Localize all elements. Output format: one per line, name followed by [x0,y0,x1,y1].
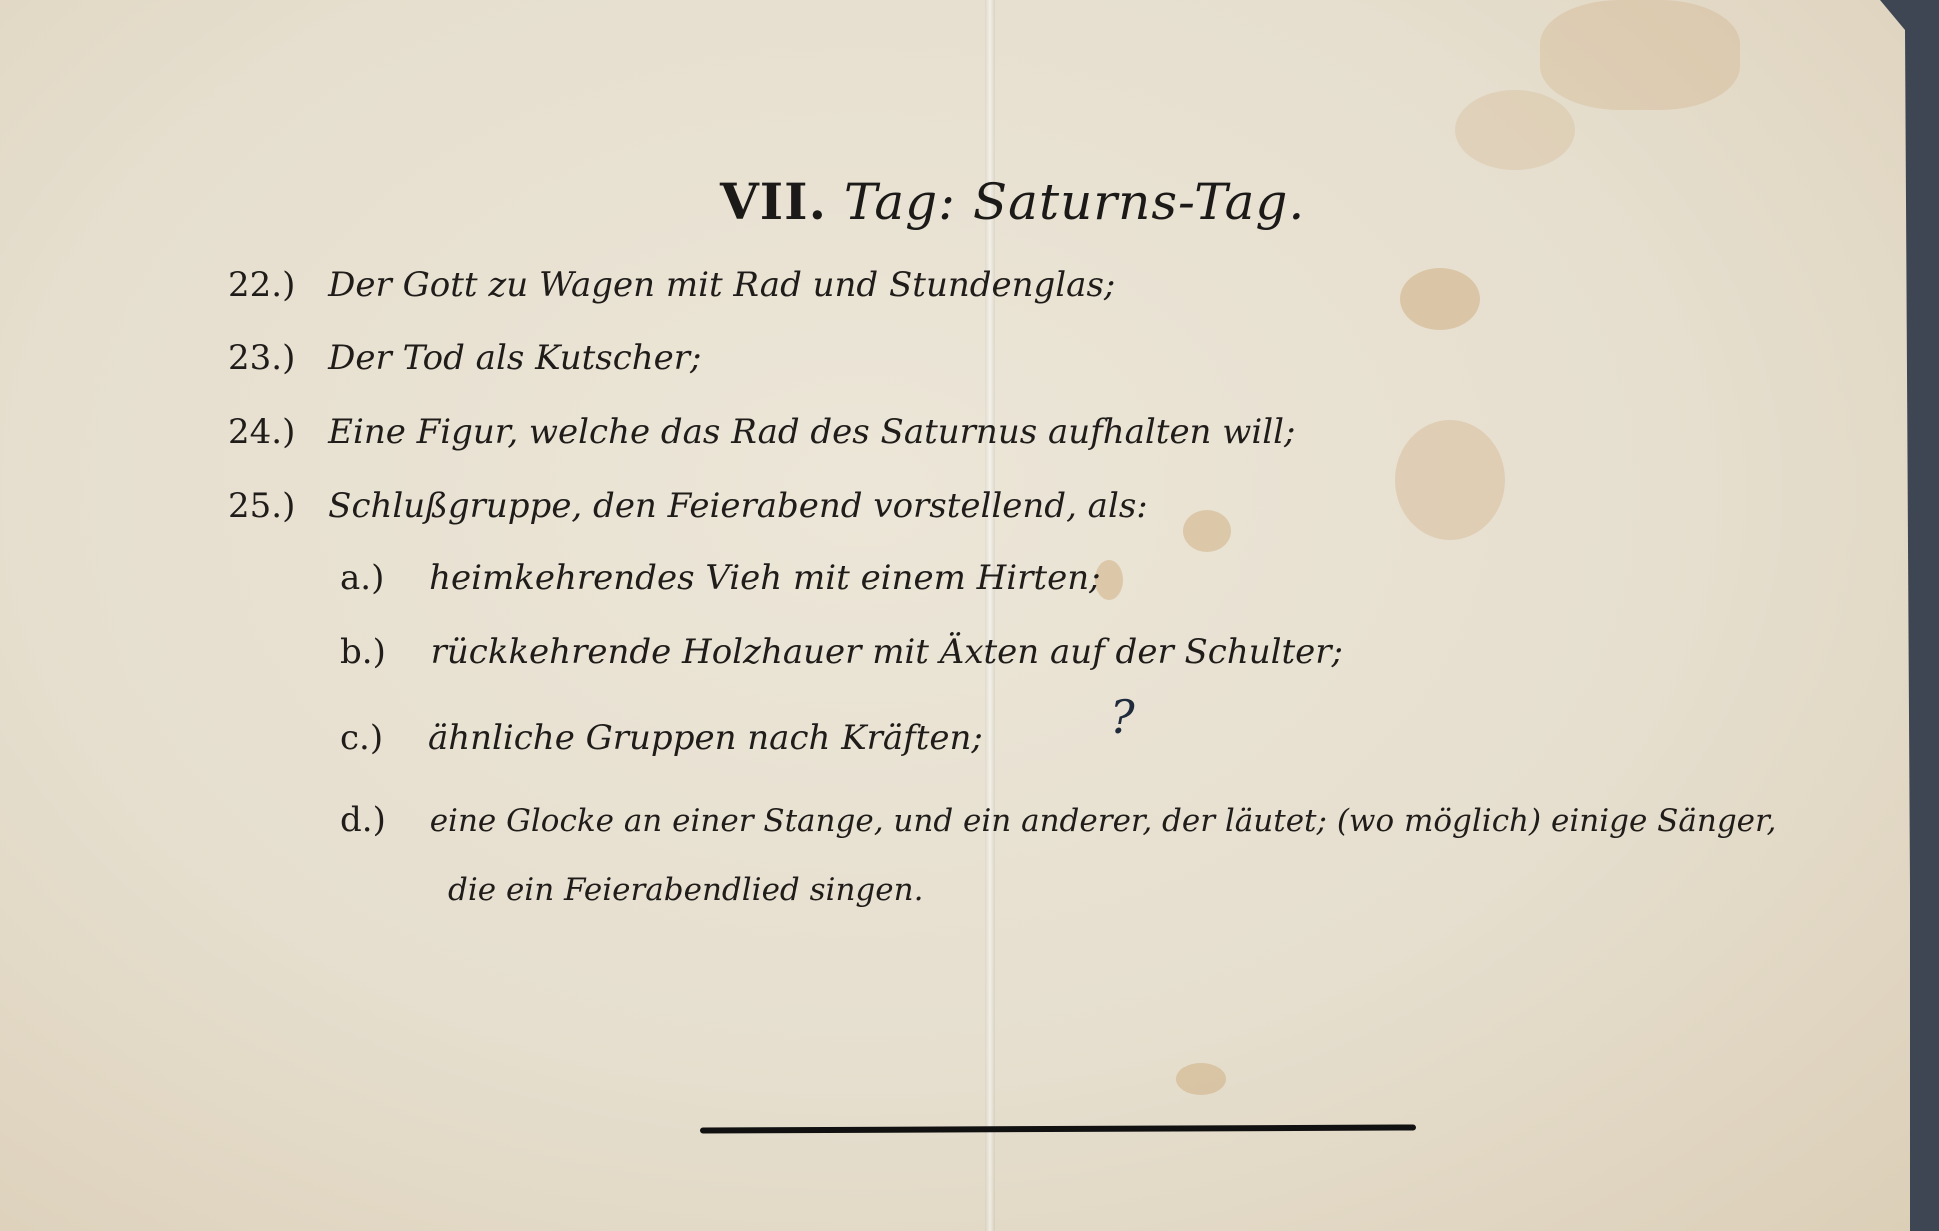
list-item: 23.) Der Tod als Kutscher; [228,338,702,378]
day-title: Tag: Saturns-Tag. [844,173,1305,231]
item-label: 22.) [228,265,295,305]
list-item: 22.) Der Gott zu Wagen mit Rad und Stund… [228,265,1115,305]
item-label: 25.) [228,486,295,526]
sub-item-text: rückkehrende Holzhauer mit Äxten auf der… [431,632,1343,672]
item-label: 23.) [228,338,295,378]
day-number: VII. [720,172,827,231]
sub-item-label: d.) [340,800,386,840]
stain [1395,420,1505,540]
stain [1455,90,1575,170]
sub-item-label: c.) [340,718,383,758]
stain [1176,1063,1226,1095]
sub-item: b.) rückkehrende Holzhauer mit Äxten auf… [340,632,1343,672]
list-item: 24.) Eine Figur, welche das Rad des Satu… [228,412,1295,452]
item-text: Der Tod als Kutscher; [328,338,701,378]
sub-item-text: eine Glocke an einer Stange, und ein and… [430,803,1777,839]
margin-question-mark: ? [1110,690,1135,744]
paper-sheet: VII. Tag: Saturns-Tag. 22.) Der Gott zu … [0,0,1910,1231]
stain [1400,268,1480,330]
document-title: VII. Tag: Saturns-Tag. [720,172,1305,231]
stain [1540,0,1740,110]
sub-item-continuation: die ein Feierabendlied singen. [448,872,923,908]
item-label: 24.) [228,412,295,452]
item-text: Eine Figur, welche das Rad des Saturnus … [328,412,1295,452]
sub-item: d.) eine Glocke an einer Stange, und ein… [340,800,1776,840]
stain [1183,510,1231,552]
sub-item: c.) ähnliche Gruppen nach Kräften; [340,718,983,758]
sub-item-label: b.) [340,632,386,672]
sub-item-text: ähnliche Gruppen nach Kräften; [428,718,983,758]
sub-item-label: a.) [340,558,384,598]
sub-item-text: die ein Feierabendlied singen. [448,872,923,908]
list-item: 25.) Schlußgruppe, den Feierabend vorste… [228,486,1148,526]
item-text: Schlußgruppe, den Feierabend vorstellend… [328,486,1148,526]
closing-rule [700,1124,1416,1133]
sub-item-text: heimkehrendes Vieh mit einem Hirten; [429,558,1100,598]
sub-item: a.) heimkehrendes Vieh mit einem Hirten; [340,558,1101,598]
item-text: Der Gott zu Wagen mit Rad und Stundengla… [328,265,1115,305]
